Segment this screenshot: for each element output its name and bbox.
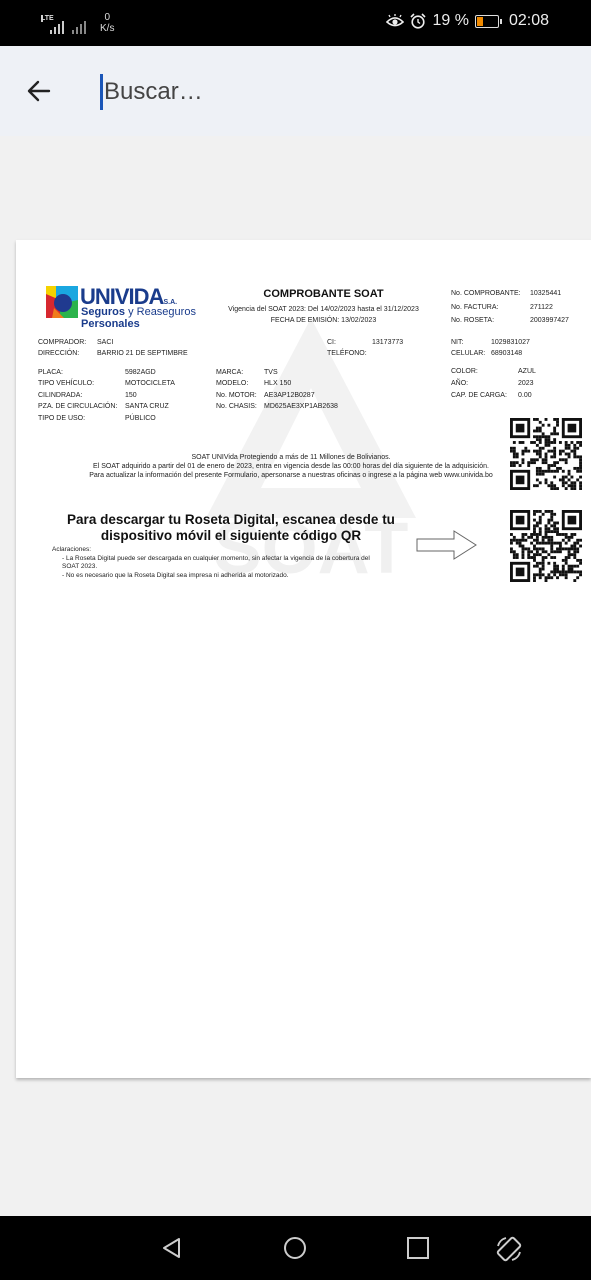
- issue-date: FECHA DE EMISIÓN: 13/02/2023: [216, 315, 431, 326]
- notice-line: El SOAT adquirido a partir del 01 de ene…: [56, 462, 526, 471]
- field-value: 2003997427: [530, 317, 569, 324]
- field-nit: NIT:1029831027: [451, 339, 530, 346]
- field-label: No. ROSETA:: [451, 317, 530, 324]
- field-value: MD625AE3XP1AB2638: [264, 403, 338, 410]
- univida-logo-icon: [46, 286, 78, 318]
- document-page: SOAT UNIVIDAS.A. Seguros y Reaseguros Pe…: [16, 240, 591, 1078]
- field-modelo: MODELO:HLX 150: [216, 380, 291, 387]
- field-value: 1029831027: [491, 339, 530, 346]
- nav-home-icon[interactable]: [283, 1236, 307, 1260]
- speed-value: 0: [100, 12, 114, 23]
- field-telefono: TELÉFONO:: [327, 350, 372, 357]
- field-value: SANTA CRUZ: [125, 403, 169, 410]
- field-label: TIPO VEHÍCULO:: [38, 380, 125, 387]
- field-label: CI:: [327, 339, 372, 346]
- logo-suffix: S.A.: [163, 299, 177, 306]
- roseta-qr-code: [510, 510, 582, 582]
- field-label: COLOR:: [451, 368, 518, 375]
- clarifications-title: Aclaraciones:: [52, 546, 372, 555]
- status-left: LTE 0 K/s: [42, 12, 114, 34]
- status-right: 19 % 02:08: [386, 12, 549, 30]
- field-value: 5982AGD: [125, 369, 156, 376]
- rotate-screen-icon[interactable]: [494, 1234, 524, 1264]
- field-value: SACI: [97, 339, 113, 346]
- field-tipo-uso: TIPO DE USO:PÚBLICO: [38, 415, 156, 422]
- field-label: No. COMPROBANTE:: [451, 290, 530, 297]
- navigation-bar: [0, 1216, 591, 1280]
- field-comprador: COMPRADOR:SACI: [38, 339, 113, 346]
- field-value: HLX 150: [264, 380, 291, 387]
- arrow-left-icon: [26, 78, 52, 104]
- field-value: 271122: [530, 304, 553, 311]
- lte-label: LTE: [41, 15, 43, 22]
- network-speed: 0 K/s: [100, 12, 114, 34]
- field-value: PÚBLICO: [125, 415, 156, 422]
- field-ci: CI:13173773: [327, 339, 403, 346]
- field-value: 13173773: [372, 339, 403, 346]
- alarm-icon: [410, 13, 426, 29]
- nav-back-icon[interactable]: [160, 1236, 184, 1260]
- field-circulacion: PZA. DE CIRCULACIÓN:SANTA CRUZ: [38, 403, 169, 410]
- field-marca: MARCA:TVS: [216, 369, 278, 376]
- field-value: MOTOCICLETA: [125, 380, 175, 387]
- validity-text: Vigencia del SOAT 2023: Del 14/02/2023 h…: [216, 304, 431, 315]
- field-motor: No. MOTOR:AE3AP12B0287: [216, 392, 315, 399]
- field-cap-carga: CAP. DE CARGA:0.00: [451, 392, 532, 399]
- battery-icon: [475, 15, 499, 28]
- field-label: No. MOTOR:: [216, 392, 264, 399]
- field-label: TIPO DE USO:: [38, 415, 125, 422]
- field-label: CAP. DE CARGA:: [451, 392, 518, 399]
- clock: 02:08: [509, 12, 549, 30]
- eye-comfort-icon: [386, 14, 404, 28]
- logo-subtitle-2: Personales: [81, 318, 140, 330]
- battery-percent: 19 %: [432, 12, 468, 30]
- field-label: No. CHASIS:: [216, 403, 264, 410]
- speed-unit: K/s: [100, 23, 114, 34]
- back-button[interactable]: [22, 74, 56, 108]
- logo-sub-rest: y Reaseguros: [125, 306, 196, 318]
- status-bar: LTE 0 K/s 19 % 02:08: [0, 0, 591, 46]
- clarifications: Aclaraciones: - La Roseta Digital puede …: [52, 546, 372, 580]
- field-celular: CELULAR:68903148: [451, 350, 522, 357]
- notice-text: SOAT UNIVida Protegiendo a más de 11 Mil…: [56, 453, 526, 480]
- field-label: MARCA:: [216, 369, 264, 376]
- qr-heading: Para descargar tu Roseta Digital, escane…: [46, 512, 416, 544]
- field-label: PLACA:: [38, 369, 125, 376]
- field-label: COMPRADOR:: [38, 339, 97, 346]
- univida-logo: UNIVIDAS.A. Seguros y Reaseguros Persona…: [46, 286, 196, 334]
- field-value: 2023: [518, 380, 534, 387]
- field-comprobante: No. COMPROBANTE:10325441: [451, 290, 561, 297]
- search-input[interactable]: [100, 74, 540, 110]
- clarification-item: - La Roseta Digital puede ser descargada…: [52, 555, 372, 572]
- field-label: TELÉFONO:: [327, 350, 372, 357]
- field-roseta: No. ROSETA:2003997427: [451, 317, 569, 324]
- field-value: AZUL: [518, 368, 536, 375]
- field-label: CELULAR:: [451, 350, 491, 357]
- field-label: NIT:: [451, 339, 491, 346]
- field-label: No. FACTURA:: [451, 304, 530, 311]
- logo-sub-bold: Seguros: [81, 306, 125, 318]
- field-value: 0.00: [518, 392, 532, 399]
- logo-subtitle: Seguros y Reaseguros: [81, 306, 196, 318]
- field-label: MODELO:: [216, 380, 264, 387]
- field-value: AE3AP12B0287: [264, 392, 315, 399]
- field-value: TVS: [264, 369, 278, 376]
- field-tipo-vehiculo: TIPO VEHÍCULO:MOTOCICLETA: [38, 380, 175, 387]
- field-factura: No. FACTURA:271122: [451, 304, 553, 311]
- search-toolbar: [0, 46, 591, 136]
- field-placa: PLACA:5982AGD: [38, 369, 156, 376]
- notice-line: Para actualizar la información del prese…: [56, 471, 526, 480]
- field-color: COLOR:AZUL: [451, 368, 536, 375]
- title-block: COMPROBANTE SOAT Vigencia del SOAT 2023:…: [216, 288, 431, 326]
- field-value: BARRIO 21 DE SEPTIMBRE: [97, 350, 188, 357]
- field-label: PZA. DE CIRCULACIÓN:: [38, 403, 125, 410]
- field-cilindrada: CILINDRADA:150: [38, 392, 137, 399]
- nav-recents-icon[interactable]: [407, 1237, 429, 1259]
- field-value: 10325441: [530, 290, 561, 297]
- field-direccion: DIRECCIÓN:BARRIO 21 DE SEPTIMBRE: [38, 350, 188, 357]
- signal-icon: [72, 18, 86, 34]
- field-label: AÑO:: [451, 380, 518, 387]
- field-value: 68903148: [491, 350, 522, 357]
- field-value: 150: [125, 392, 137, 399]
- notice-line: SOAT UNIVida Protegiendo a más de 11 Mil…: [56, 453, 526, 462]
- field-anio: AÑO:2023: [451, 380, 534, 387]
- field-label: CILINDRADA:: [38, 392, 125, 399]
- field-label: DIRECCIÓN:: [38, 350, 97, 357]
- field-chasis: No. CHASIS:MD625AE3XP1AB2638: [216, 403, 338, 410]
- arrow-right-icon: [416, 530, 478, 560]
- clarification-item: - No es necesario que la Roseta Digital …: [52, 572, 372, 581]
- document-title: COMPROBANTE SOAT: [216, 288, 431, 300]
- signal-lte-icon: LTE: [42, 18, 64, 34]
